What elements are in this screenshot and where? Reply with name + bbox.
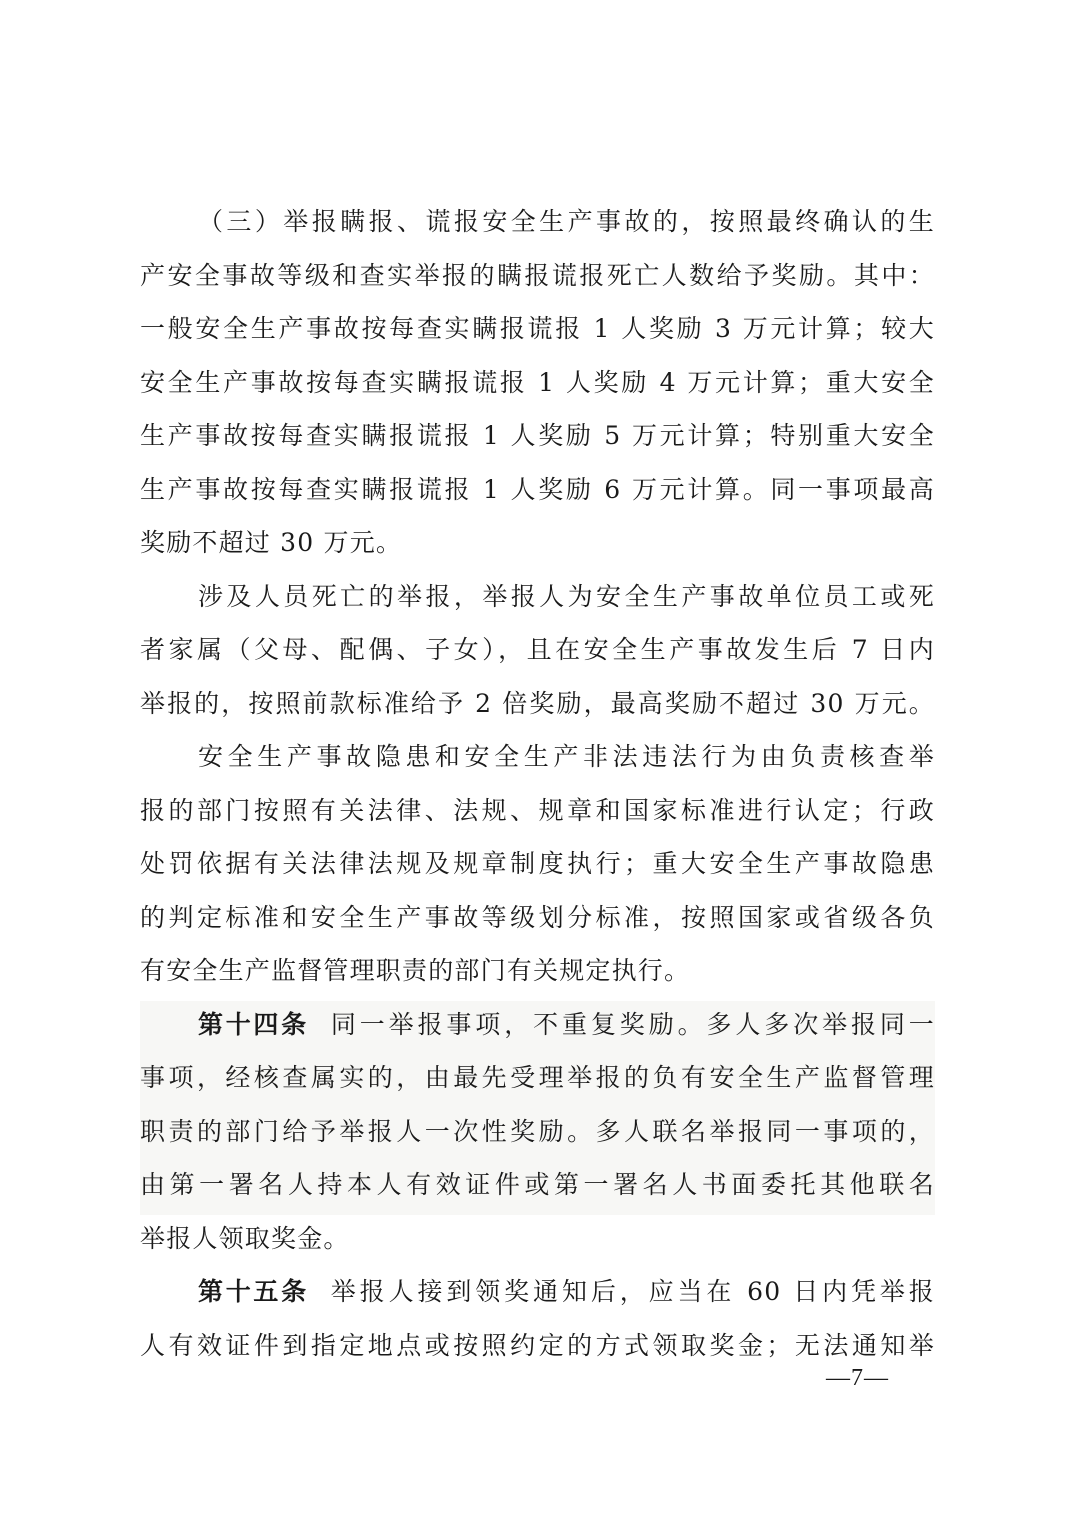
text-line: 生产事故按每查实瞒报谎报 1 人奖励 6 万元计算。同一事项最高 (140, 466, 935, 520)
text-line: 举报的，按照前款标准给予 2 倍奖励，最高奖励不超过 30 万元。 (140, 680, 935, 734)
text-line: 由第一署名人持本人有效证件或第一署名人书面委托其他联名 (140, 1161, 935, 1215)
text-line: （三）举报瞒报、谎报安全生产事故的，按照最终确认的生 (140, 198, 935, 252)
article-14: 第十四条同一举报事项，不重复奖励。多人多次举报同一 事项，经核查属实的，由最先受… (140, 1001, 935, 1269)
text-line: 第十四条同一举报事项，不重复奖励。多人多次举报同一 (140, 1001, 935, 1055)
text-line: 第十五条举报人接到领奖通知后，应当在 60 日内凭举报 (140, 1268, 935, 1322)
text-line: 处罚依据有关法律法规及规章制度执行；重大安全生产事故隐患 (140, 840, 935, 894)
text-line: 有安全生产监督管理职责的部门有关规定执行。 (140, 947, 935, 1001)
article-heading: 第十五条 (198, 1277, 309, 1306)
paragraph-determination: 安全生产事故隐患和安全生产非法违法行为由负责核查举 报的部门按照有关法律、法规、… (140, 733, 935, 1001)
text-line: 奖励不超过 30 万元。 (140, 519, 935, 573)
text-line: 事项，经核查属实的，由最先受理举报的负有安全生产监督管理 (140, 1054, 935, 1108)
text-line: 安全生产事故隐患和安全生产非法违法行为由负责核查举 (140, 733, 935, 787)
article-15: 第十五条举报人接到领奖通知后，应当在 60 日内凭举报 人有效证件到指定地点或按… (140, 1268, 935, 1375)
text-line: 生产事故按每查实瞒报谎报 1 人奖励 5 万元计算；特别重大安全 (140, 412, 935, 466)
document-page: （三）举报瞒报、谎报安全生产事故的，按照最终确认的生 产安全事故等级和查实举报的… (0, 0, 1074, 1520)
article-text: 举报人接到领奖通知后，应当在 60 日内凭举报 (331, 1277, 935, 1306)
text-line: 报的部门按照有关法律、法规、规章和国家标准进行认定；行政 (140, 787, 935, 841)
text-line: 安全生产事故按每查实瞒报谎报 1 人奖励 4 万元计算；重大安全 (140, 359, 935, 413)
text-line: 产安全事故等级和查实举报的瞒报谎报死亡人数给予奖励。其中： (140, 252, 935, 306)
text-line: 一般安全生产事故按每查实瞒报谎报 1 人奖励 3 万元计算；较大 (140, 305, 935, 359)
text-line: 举报人领取奖金。 (140, 1215, 935, 1269)
paragraph-clause-3: （三）举报瞒报、谎报安全生产事故的，按照最终确认的生 产安全事故等级和查实举报的… (140, 198, 935, 573)
text-line: 者家属（父母、配偶、子女），且在安全生产事故发生后 7 日内 (140, 626, 935, 680)
text-line: 涉及人员死亡的举报，举报人为安全生产事故单位员工或死 (140, 573, 935, 627)
article-text: 同一举报事项，不重复奖励。多人多次举报同一 (331, 1010, 935, 1039)
paragraph-death-report: 涉及人员死亡的举报，举报人为安全生产事故单位员工或死 者家属（父母、配偶、子女）… (140, 573, 935, 734)
text-line: 的判定标准和安全生产事故等级划分标准，按照国家或省级各负 (140, 894, 935, 948)
text-line: 人有效证件到指定地点或按照约定的方式领取奖金；无法通知举 (140, 1322, 935, 1376)
article-heading: 第十四条 (198, 1010, 309, 1039)
text-line: 职责的部门给予举报人一次性奖励。多人联名举报同一事项的， (140, 1108, 935, 1162)
page-number: —7— (826, 1363, 889, 1393)
document-body: （三）举报瞒报、谎报安全生产事故的，按照最终确认的生 产安全事故等级和查实举报的… (140, 198, 935, 1375)
